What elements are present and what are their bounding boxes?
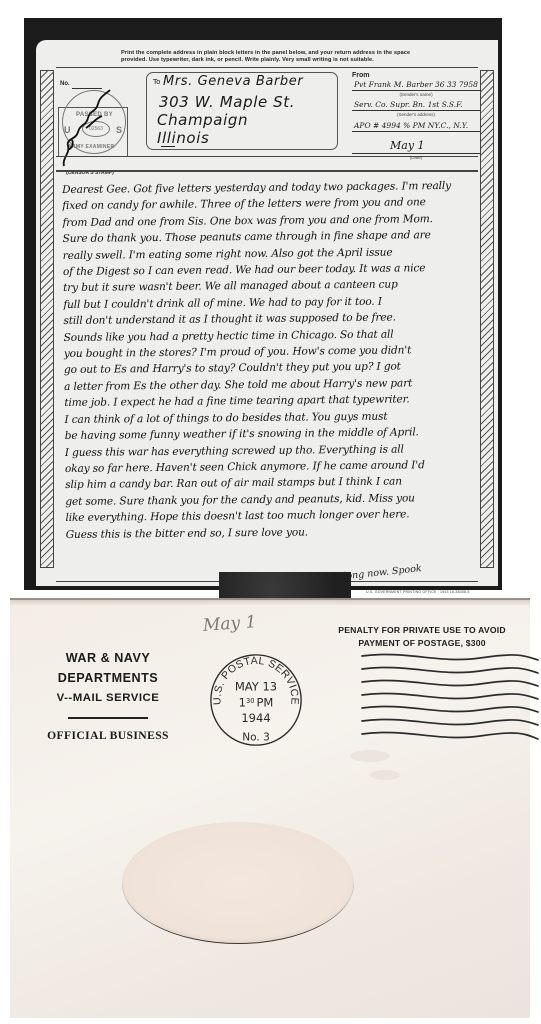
recipient-city: Champaign — [157, 111, 248, 129]
header-rule — [56, 67, 478, 68]
dept-rule — [68, 717, 148, 719]
date-field: May 1 — [352, 132, 480, 154]
vmail-letter: Print the complete address in plain bloc… — [24, 18, 502, 590]
svg-text:MAY 13: MAY 13 — [235, 679, 277, 693]
printer-mark: U.S. GOVERNMENT PRINTING OFFICE : 1943 1… — [366, 590, 470, 594]
dept-line-3: V--MAIL SERVICE — [38, 688, 178, 708]
vmail-envelope: May 1 WAR & NAVY DEPARTMENTS V--MAIL SER… — [10, 598, 530, 1018]
sender-apo-field: APO # 4994 % PM NY.C., N.Y. — [352, 117, 480, 132]
dept-line-1: WAR & NAVY — [38, 648, 178, 668]
pencil-date-note: May 1 — [202, 612, 257, 636]
left-hatched-margin — [40, 70, 54, 568]
department-block: WAR & NAVY DEPARTMENTS V--MAIL SERVICE O… — [38, 648, 178, 742]
stain — [370, 770, 400, 780]
state-underline — [161, 146, 175, 147]
recipient-street: 303 W. Maple St. — [159, 93, 295, 111]
date-caption: (Date) — [352, 155, 480, 160]
letter-top-border — [24, 18, 502, 40]
sender-name: Pvt Frank M. Barber 36 33 7958 — [354, 80, 478, 89]
from-label: From — [352, 72, 480, 79]
recipient-state: Illinois — [157, 129, 209, 147]
sender-address-field: Serv. Co. Supr. Bn. 1st S.S.F. — [352, 97, 480, 111]
postmark-icon: U.S. POSTAL SERVICE MAY 13 130PM 1944 No… — [207, 652, 305, 748]
sender-address: Serv. Co. Supr. Bn. 1st S.S.F. — [354, 100, 463, 109]
official-business: OFFICIAL BUSINESS — [38, 729, 178, 742]
address-window — [122, 822, 354, 944]
svg-text:130PM: 130PM — [239, 696, 274, 710]
wavy-cancellation-lines — [360, 650, 540, 745]
dept-line-2: DEPARTMENTS — [38, 668, 178, 688]
postmark-stamp: U.S. POSTAL SERVICE MAY 13 130PM 1944 No… — [207, 652, 305, 748]
recipient-address-box: To Mrs. Geneva Barber 303 W. Maple St. C… — [146, 72, 338, 150]
stain — [350, 750, 390, 762]
to-prefix: To — [153, 78, 160, 86]
letter-date: May 1 — [390, 139, 425, 152]
number-label: No. — [60, 81, 70, 87]
letter-body: Dearest Gee. Got five letters yesterday … — [62, 178, 486, 543]
penalty-line-2: PAYMENT OF POSTAGE, $300 — [312, 637, 532, 650]
body-top-rule — [56, 170, 478, 172]
envelope-flap-shadow — [10, 600, 530, 606]
letter-sheet: Print the complete address in plain bloc… — [36, 40, 498, 586]
sender-block: From Pvt Frank M. Barber 36 33 7958 (Sen… — [352, 72, 480, 160]
censor-stamp-right: S — [116, 125, 122, 135]
penalty-notice: PENALTY FOR PRIVATE USE TO AVOID PAYMENT… — [312, 624, 532, 649]
address-instructions: Print the complete address in plain bloc… — [121, 50, 421, 64]
svg-text:1944: 1944 — [241, 711, 270, 725]
recipient-name: Mrs. Geneva Barber — [163, 74, 303, 89]
svg-text:No. 3: No. 3 — [242, 731, 270, 743]
sender-name-field: Pvt Frank M. Barber 36 33 7958 — [352, 79, 480, 91]
penalty-line-1: PENALTY FOR PRIVATE USE TO AVOID — [312, 624, 532, 637]
sender-apo: APO # 4994 % PM NY.C., N.Y. — [354, 121, 468, 130]
